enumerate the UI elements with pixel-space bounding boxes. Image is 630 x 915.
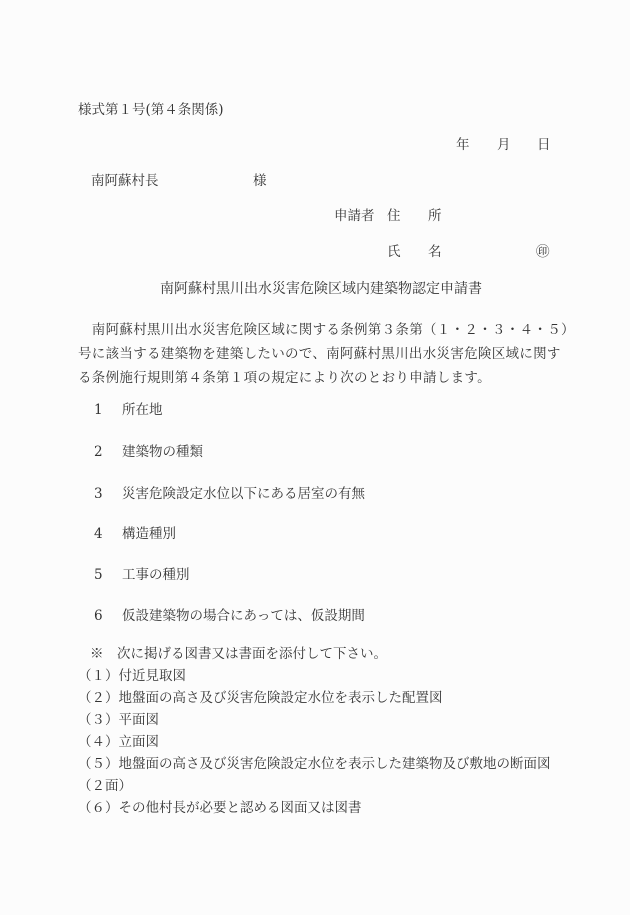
item-5: 5工事の種別 (94, 566, 190, 584)
item-number: 4 (94, 525, 122, 543)
body-line: 南阿蘇村黒川出水災害危険区域に関する条例第３条第（１・２・３・４・５） (78, 318, 556, 342)
attachment-1: （１）付近見取図 (78, 667, 186, 685)
item-2: 2建築物の種類 (94, 443, 203, 461)
item-number: 1 (94, 401, 122, 419)
document-title: 南阿蘇村黒川出水災害危険区域内建築物認定申請書 (160, 280, 482, 298)
item-number: 6 (94, 607, 122, 625)
attachment-2: （２）地盤面の高さ及び災害危険設定水位を表示した配置図 (78, 689, 443, 707)
attachment-5: （５）地盤面の高さ及び災害危険設定水位を表示した建築物及び敷地の断面図 (78, 755, 551, 773)
name-label-1: 氏 (387, 243, 401, 261)
item-number: 2 (94, 443, 122, 461)
date-month: 月 (497, 136, 511, 154)
body-line: 号に該当する建築物を建築したいので、南阿蘇村黒川出水災害危険区域に関す (78, 342, 556, 366)
item-label: 建築物の種類 (122, 444, 203, 460)
address-label-2: 所 (428, 207, 442, 225)
name-label-2: 名 (428, 243, 442, 261)
attachment-4: （４）立面図 (78, 733, 159, 751)
item-label: 構造種別 (122, 526, 176, 542)
item-4: 4構造種別 (94, 525, 176, 543)
form-number: 様式第１号(第４条関係) (78, 101, 224, 119)
address-label-1: 住 (387, 207, 401, 225)
item-1: 1所在地 (94, 401, 163, 419)
item-label: 工事の種別 (122, 567, 190, 583)
attachment-note: ※ 次に掲げる図書又は書面を添付して下さい。 (90, 645, 387, 663)
body-line: る条例施行規則第４条第１項の規定により次のとおり申請します。 (78, 366, 556, 390)
item-number: 5 (94, 566, 122, 584)
body-paragraph: 南阿蘇村黒川出水災害危険区域に関する条例第３条第（１・２・３・４・５） 号に該当… (78, 318, 556, 390)
seal-mark: ㊞ (536, 243, 550, 261)
item-label: 災害危険設定水位以下にある居室の有無 (122, 486, 365, 502)
date-year: 年 (456, 136, 470, 154)
attachment-5-cont: （２面） (78, 777, 132, 795)
item-6: 6仮設建築物の場合にあっては、仮設期間 (94, 607, 365, 625)
attachment-3: （３）平面図 (78, 711, 159, 729)
item-label: 所在地 (122, 402, 163, 418)
item-number: 3 (94, 485, 122, 503)
addressee-honorific: 様 (253, 172, 267, 190)
attachment-6: （６）その他村長が必要と認める図面又は図書 (78, 799, 362, 817)
item-3: 3災害危険設定水位以下にある居室の有無 (94, 485, 365, 503)
date-day: 日 (537, 136, 551, 154)
addressee-name: 南阿蘇村長 (91, 172, 159, 190)
item-label: 仮設建築物の場合にあっては、仮設期間 (122, 608, 365, 624)
applicant-label: 申請者 (334, 207, 375, 225)
